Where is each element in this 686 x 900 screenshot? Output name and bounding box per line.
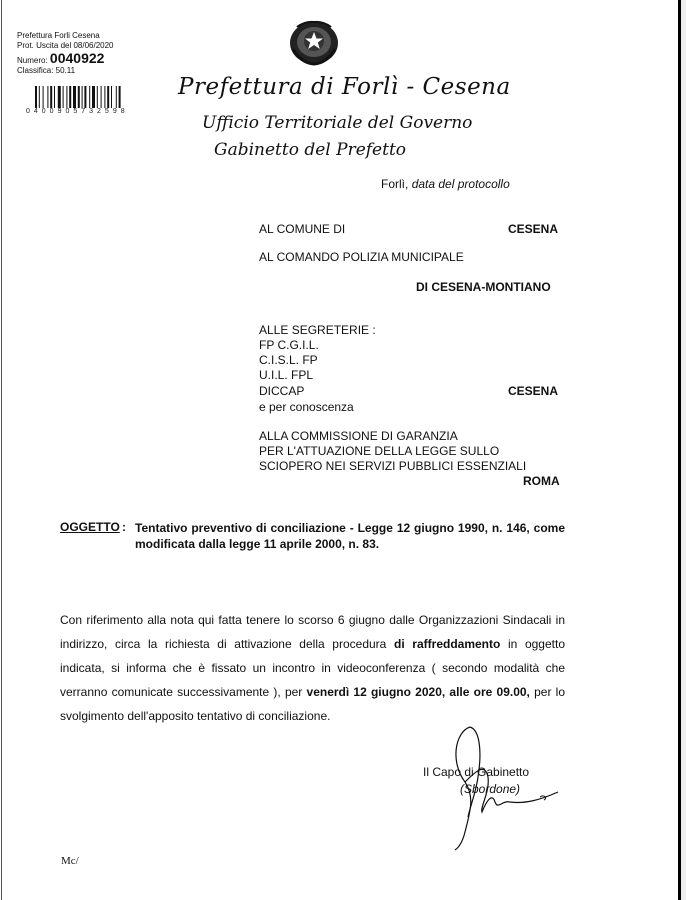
stamp-classifica: Classifica: 50.11 [17,66,114,76]
stamp-numero-value: 0040922 [50,50,105,66]
signer-title: Il Capo di Gabinetto [423,765,529,779]
recipient-unions-city: CESENA [508,384,558,398]
barcode-icon [35,86,139,108]
subject-colon: : [122,520,126,534]
subject-label: OGGETTO [60,520,120,534]
recipient-union: C.I.S.L. FP [259,353,318,367]
recipient-union: FP C.G.I.L. [259,338,319,352]
protocol-stamp: Prefettura Forli Cesena Prot. Uscita del… [17,31,114,76]
subject-text: Tentativo preventivo di conciliazione - … [135,520,565,552]
recipient-union: U.I.L. FPL [259,368,313,382]
body-paragraph: Con riferimento alla nota qui fatta tene… [60,608,565,728]
recipient-commissione-city: ROMA [523,474,560,488]
stamp-numero-label: Numero: [17,56,48,65]
stamp-numero: Numero: 0040922 [17,51,114,66]
letterhead-prefettura: Prefettura di Forlì - Cesena [178,74,511,100]
barcode-digits: 0400905732598 [26,108,129,115]
recipient-comune: AL COMUNE DI [259,222,345,236]
date: data del protocollo [412,177,510,191]
letterhead-gabinetto: Gabinetto del Prefetto [214,140,406,160]
italian-republic-emblem-icon [287,19,341,67]
recipient-comando: AL COMANDO POLIZIA MUNICIPALE [259,250,464,264]
scan-margin-right [681,0,686,900]
scan-edge-left [1,0,2,900]
document-page: Prefettura Forli Cesena Prot. Uscita del… [0,0,686,900]
recipient-segreterie: ALLE SEGRETERIE : [259,323,376,337]
recipient-commissione-line: PER L'ATTUAZIONE DELLA LEGGE SULLO [259,444,499,458]
recipient-union: DICCAP [259,384,304,398]
place-date: Forlì, data del protocollo [381,177,510,191]
body-bold: di raffreddamento [394,637,500,651]
recipient-commissione-line: SCIOPERO NEI SERVIZI PUBBLICI ESSENZIALI [259,459,526,473]
letterhead-ufficio: Ufficio Territoriale del Governo [202,113,472,133]
signer-name: (Sbordone) [460,782,520,796]
recipient-comando-city: DI CESENA-MONTIANO [416,280,551,294]
stamp-office: Prefettura Forli Cesena [17,31,114,41]
body-bold-date: venerdì 12 giugno 2020, alle ore 09.00, [307,685,530,699]
footer-initials: Mc/ [61,855,79,867]
recipient-conoscenza: e per conoscenza [259,400,354,414]
recipient-commissione-line: ALLA COMMISSIONE DI GARANZIA [259,429,458,443]
recipient-comune-city: CESENA [508,222,558,236]
place: Forlì, [381,177,408,191]
